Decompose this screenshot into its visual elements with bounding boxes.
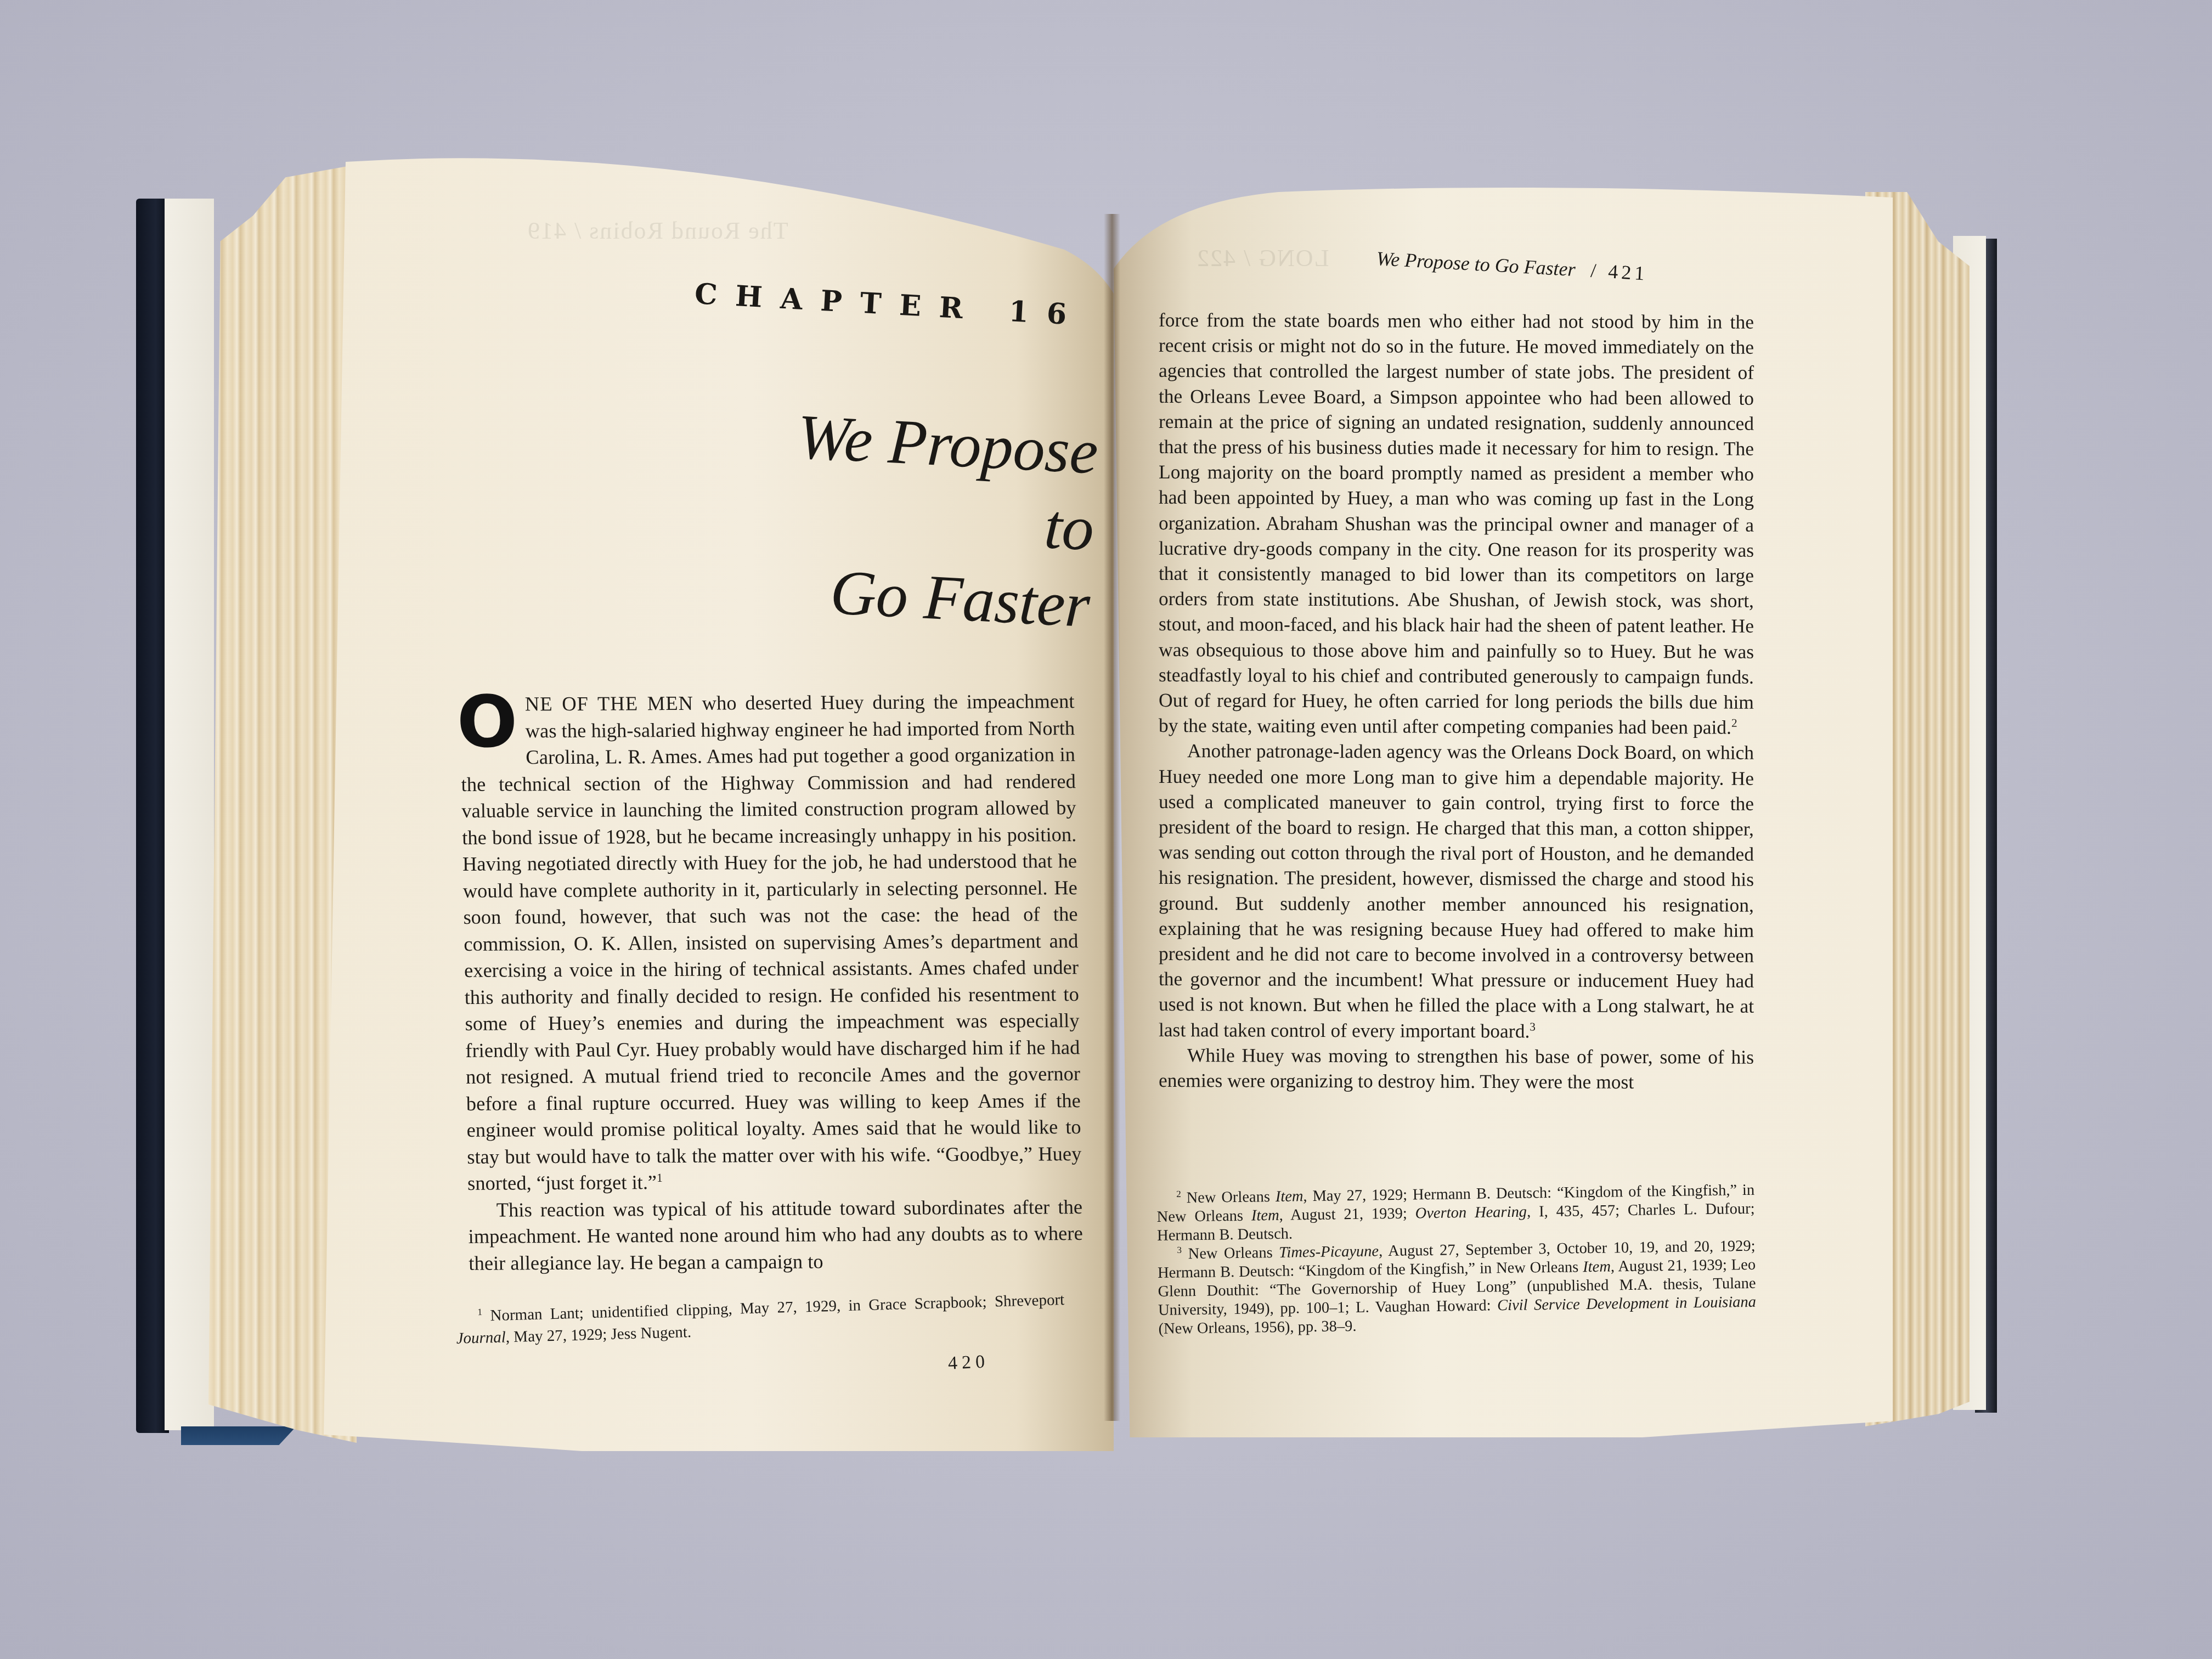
paragraph: While Huey was moving to strengthen his … xyxy=(1159,1042,1754,1095)
endpaper-left xyxy=(165,199,214,1430)
paragraph-text: force from the state boards men who eith… xyxy=(1159,309,1754,738)
bleed-through-header-right: LONG / 422 xyxy=(1196,244,1329,272)
opening-smallcaps: NE OF THE MEN xyxy=(525,692,694,715)
paragraph: ONE OF THE MEN who deserted Huey during … xyxy=(460,688,1082,1197)
footnote-italic: Item xyxy=(1583,1258,1611,1276)
book-gutter xyxy=(1104,214,1120,1421)
footnote-italic: Times-Picayune xyxy=(1279,1243,1379,1261)
footnote-number: 3 xyxy=(1177,1245,1182,1255)
footnote-italic: Item xyxy=(1276,1188,1304,1205)
left-page-body: ONE OF THE MEN who deserted Huey during … xyxy=(460,688,1084,1277)
footnote-text: (New Orleans, 1956), pp. 38–9. xyxy=(1158,1318,1356,1338)
footnote-italic: Overton Hearing xyxy=(1415,1204,1527,1222)
footnote-italic: Item xyxy=(1251,1207,1279,1224)
book-cover-left xyxy=(136,199,169,1433)
footnote-number: 2 xyxy=(1176,1189,1181,1199)
footnote-ref: 1 xyxy=(657,1171,663,1184)
paragraph-text: who deserted Huey during the impeachment… xyxy=(461,690,1081,1194)
footnote-text: , May 27, 1929; Jess Nugent. xyxy=(505,1323,691,1346)
page-number-left: 420 xyxy=(947,1351,990,1374)
chapter-title: We Propose to Go Faster xyxy=(726,395,1100,644)
paragraph: Another patronage-laden agency was the O… xyxy=(1159,738,1754,1044)
footnote-text: New Orleans xyxy=(1181,1188,1276,1206)
footnote: 2 New Orleans Item, May 27, 1929; Herman… xyxy=(1156,1181,1755,1245)
footnote-ref: 3 xyxy=(1530,1020,1536,1033)
footnote-italic: Journal xyxy=(456,1328,506,1347)
paragraph-text: Another patronage-laden agency was the O… xyxy=(1159,740,1754,1042)
drop-cap: O xyxy=(456,695,518,748)
paragraph: force from the state boards men who eith… xyxy=(1159,307,1754,740)
cover-cloth-corner xyxy=(181,1426,296,1445)
open-book: The Round Robins / 419 LONG / 422 CHAPTE… xyxy=(0,0,2212,1659)
paragraph: This reaction was typical of his attitud… xyxy=(467,1194,1083,1277)
footnote: 3 New Orleans Times-Picayune, August 27,… xyxy=(1157,1237,1756,1339)
footnotes: 2 New Orleans Item, May 27, 1929; Herman… xyxy=(1156,1181,1757,1339)
running-head-separator: / xyxy=(1590,259,1596,281)
footnote-text: New Orleans xyxy=(1182,1244,1279,1262)
footnote-text: , August 21, 1939; xyxy=(1279,1205,1415,1223)
chapter-title-line-1: We Propose to xyxy=(730,395,1100,567)
page-number-right: 421 xyxy=(1607,261,1648,285)
bleed-through-header-left: The Round Robins / 419 xyxy=(527,217,788,245)
right-page-body: force from the state boards men who eith… xyxy=(1159,307,1754,1095)
footnote-italic: Civil Service Development in Louisiana xyxy=(1497,1294,1756,1314)
footnote-ref: 2 xyxy=(1731,716,1737,730)
